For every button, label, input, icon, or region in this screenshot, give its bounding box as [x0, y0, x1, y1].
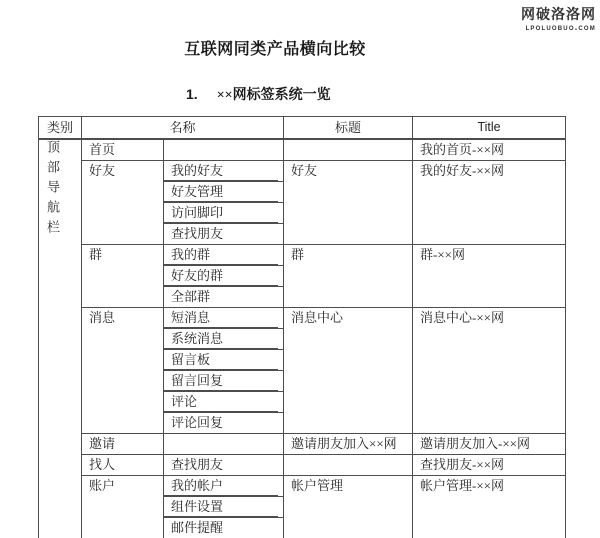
table-row: 好友 我的好友 好友 我的好友-××网 [39, 161, 566, 182]
sub-item-cell: 系统消息 [164, 329, 284, 350]
sub-item-cell: 访问脚印 [164, 203, 284, 224]
group-cell: 邀请 [82, 434, 164, 455]
subtitle-cell: 好友 [284, 161, 413, 245]
title-cell: 帐户管理-××网 [413, 476, 566, 538]
sub-item-cell: 评论回复 [164, 413, 284, 434]
title-cell: 消息中心-××网 [413, 308, 566, 434]
header-name: 名称 [82, 117, 284, 140]
table-row: 群 我的群 群 群-××网 [39, 245, 566, 266]
sub-item-cell [164, 434, 284, 455]
sub-item-cell: 全部群 [164, 287, 284, 308]
sub-item-cell: 邮件提醒 [164, 518, 284, 538]
title-cell: 我的好友-××网 [413, 161, 566, 245]
title-cell: 查找朋友-××网 [413, 455, 566, 476]
sub-item-cell: 留言回复 [164, 371, 284, 392]
header-subtitle: 标题 [284, 117, 413, 140]
sub-item-cell: 好友的群 [164, 266, 284, 287]
table-row: 消息 短消息 消息中心 消息中心-××网 [39, 308, 566, 329]
group-cell: 找人 [82, 455, 164, 476]
subtitle-cell: 邀请朋友加入××网 [284, 434, 413, 455]
watermark-site-name: 网破洛洛网 [521, 6, 596, 22]
sub-item-cell: 短消息 [164, 308, 284, 329]
table-row: 顶部导航栏 首页 我的首页-××网 [39, 139, 566, 161]
table-row: 账户 我的帐户 帐户管理 帐户管理-××网 [39, 476, 566, 497]
subtitle-cell: 群 [284, 245, 413, 308]
sub-item-cell: 查找朋友 [164, 455, 284, 476]
document-page: 网破洛洛网 lpoluobuo.com 互联网同类产品横向比较 1.××网标签系… [0, 0, 600, 538]
title-cell: 我的首页-××网 [413, 139, 566, 161]
section-heading: 1.××网标签系统一览 [186, 84, 600, 104]
sub-item-cell: 我的帐户 [164, 476, 284, 497]
watermark: 网破洛洛网 lpoluobuo.com [521, 6, 596, 32]
watermark-site-url: lpoluobuo.com [521, 22, 596, 32]
sub-item-cell [164, 139, 284, 161]
group-cell: 消息 [82, 308, 164, 434]
group-cell: 群 [82, 245, 164, 308]
title-cell: 邀请朋友加入-××网 [413, 434, 566, 455]
subtitle-cell [284, 139, 413, 161]
table-row: 邀请 邀请朋友加入××网 邀请朋友加入-××网 [39, 434, 566, 455]
section-heading-number: 1. [186, 86, 198, 102]
table-header-row: 类别 名称 标题 Title [39, 117, 566, 140]
sub-item-cell: 留言板 [164, 350, 284, 371]
table-row: 找人 查找朋友 查找朋友-××网 [39, 455, 566, 476]
category-cell: 顶部导航栏 [39, 139, 82, 538]
sub-item-cell: 评论 [164, 392, 284, 413]
page-title: 互联网同类产品横向比较 [0, 36, 550, 59]
group-cell: 好友 [82, 161, 164, 245]
subtitle-cell [284, 455, 413, 476]
group-cell: 账户 [82, 476, 164, 538]
sub-item-cell: 好友管理 [164, 182, 284, 203]
title-cell: 群-××网 [413, 245, 566, 308]
subtitle-cell: 消息中心 [284, 308, 413, 434]
sub-item-cell: 查找朋友 [164, 224, 284, 245]
tag-system-table: 类别 名称 标题 Title 顶部导航栏 首页 我的首页-××网 好友 我的好友… [38, 116, 566, 538]
header-title: Title [413, 117, 566, 140]
sub-item-cell: 我的群 [164, 245, 284, 266]
group-cell: 首页 [82, 139, 164, 161]
subtitle-cell: 帐户管理 [284, 476, 413, 538]
category-label: 顶部导航栏 [46, 140, 59, 240]
sub-item-cell: 组件设置 [164, 497, 284, 518]
section-heading-text: ××网标签系统一览 [217, 88, 331, 103]
sub-item-cell: 我的好友 [164, 161, 284, 182]
header-category: 类别 [39, 117, 82, 140]
